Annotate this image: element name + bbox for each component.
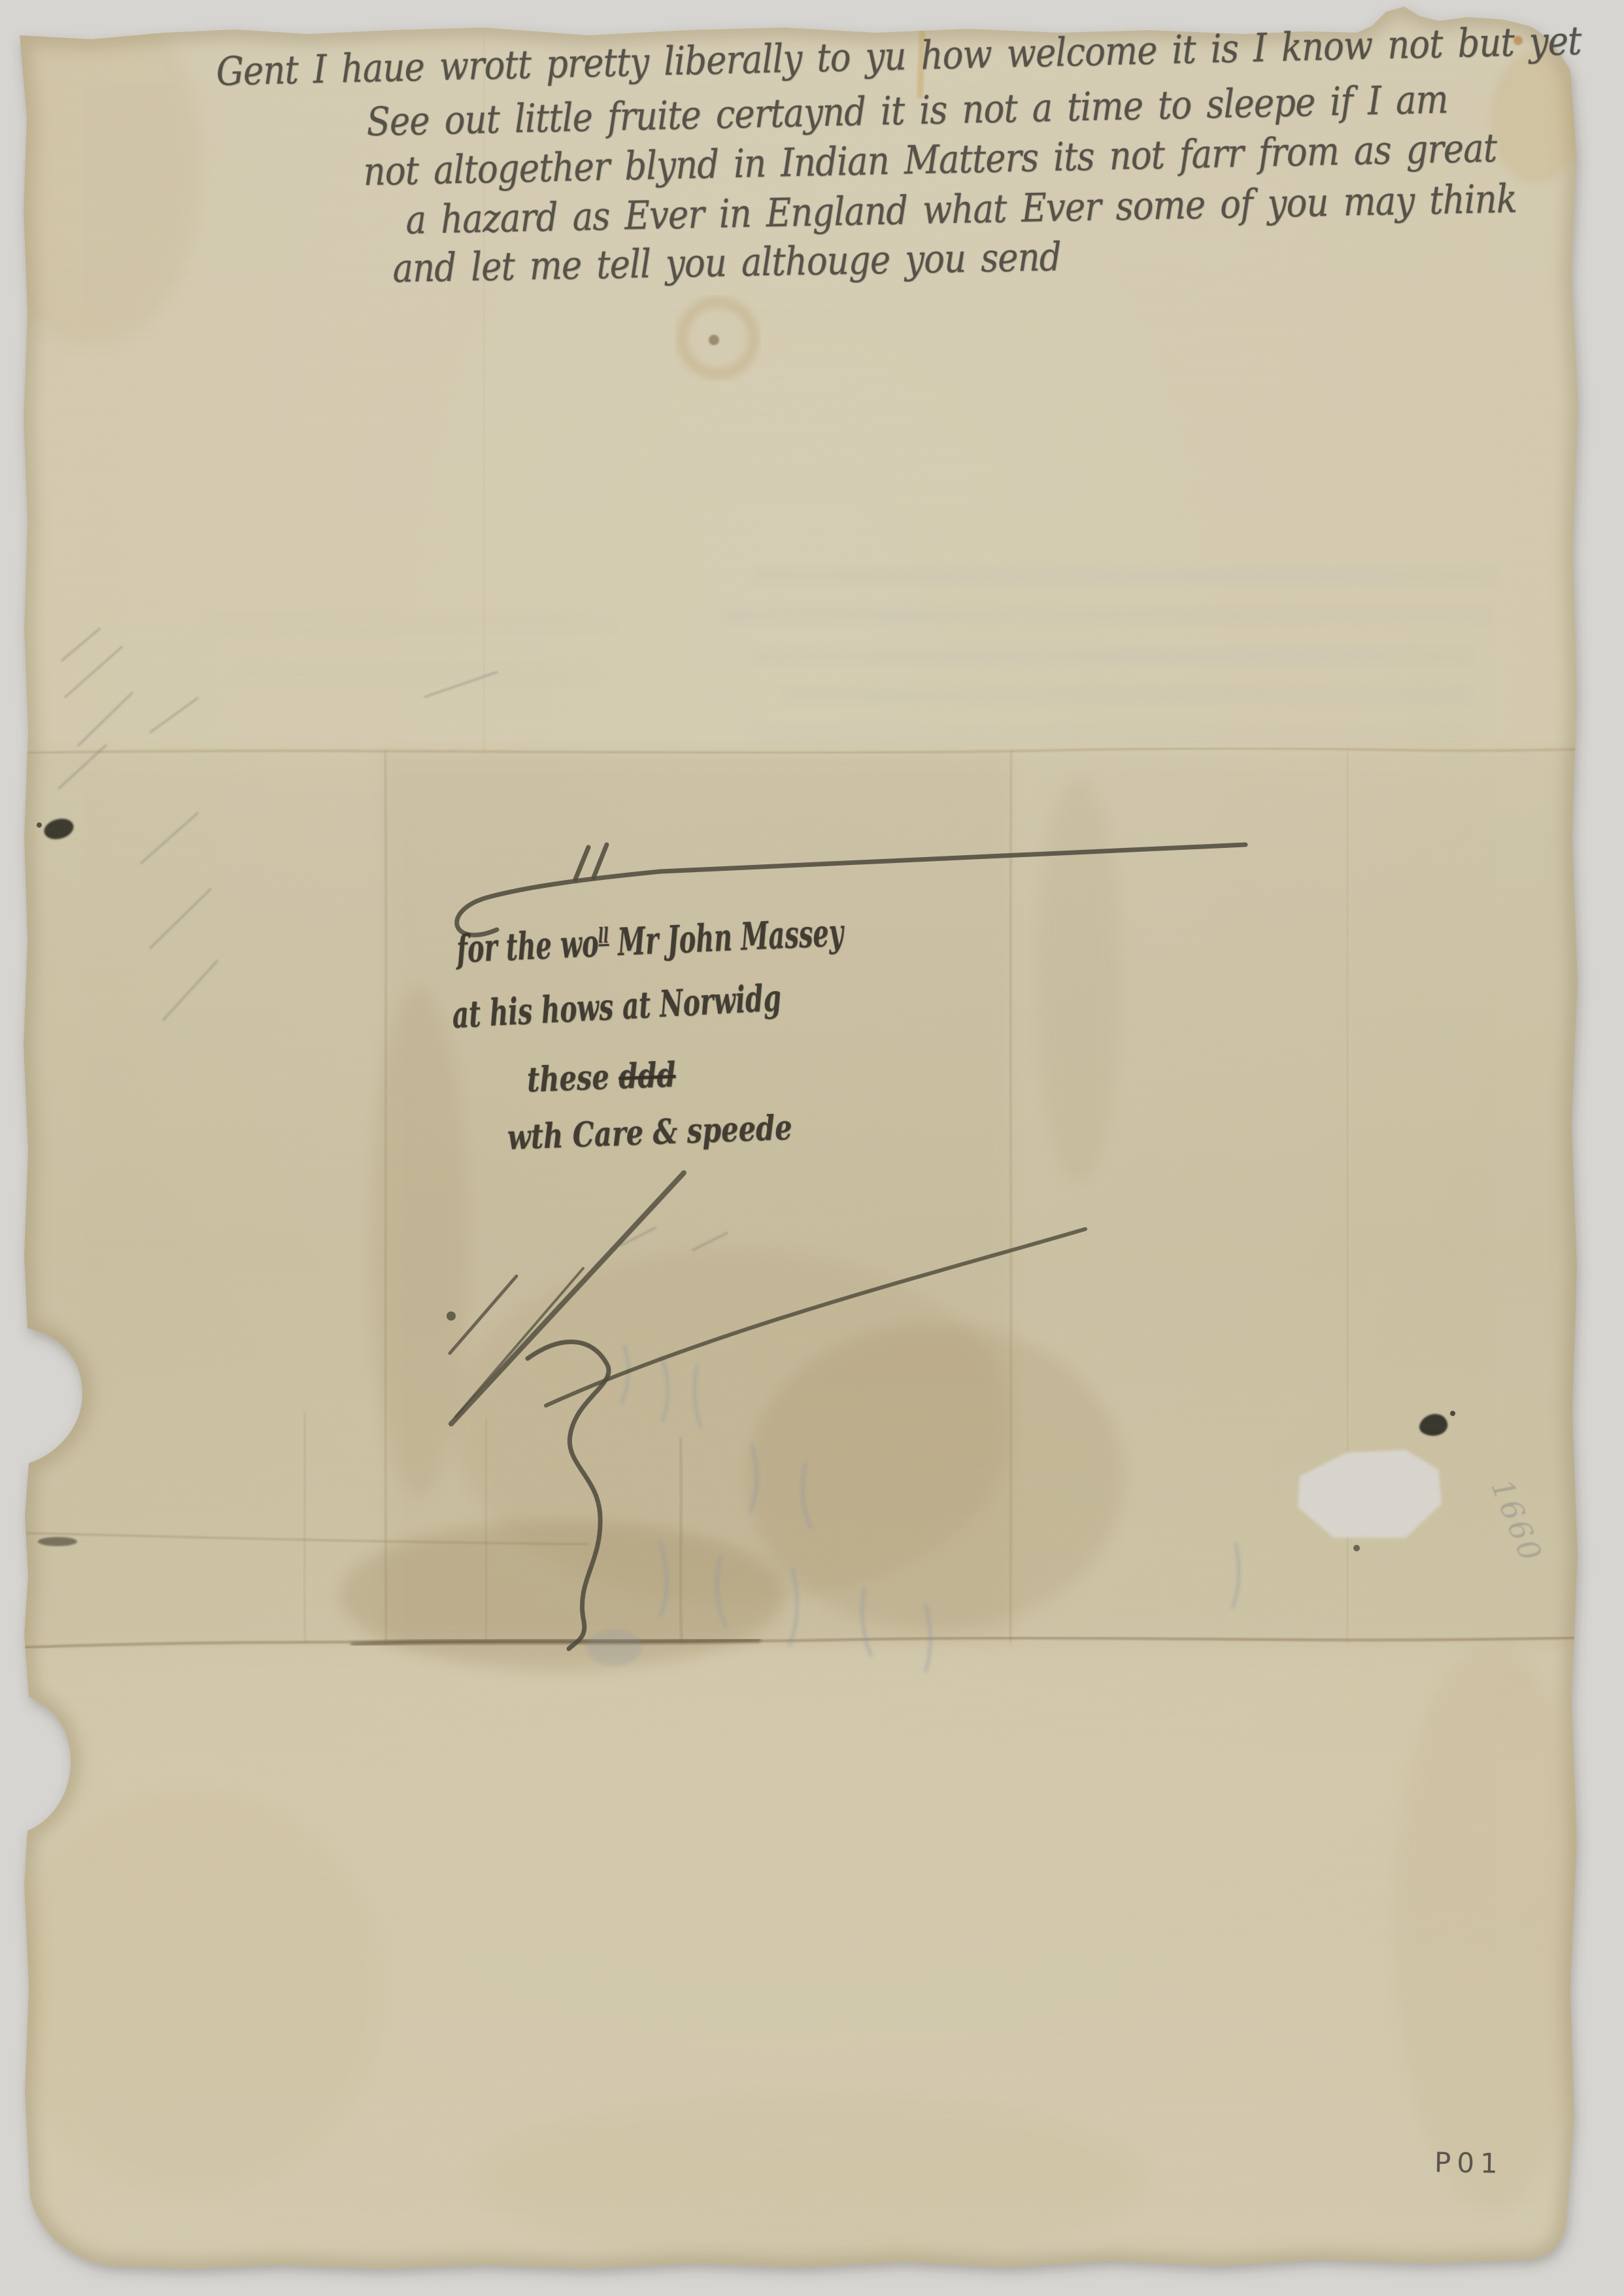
side-scribble <box>1590 1415 1606 1608</box>
paper-artwork <box>0 0 1624 2296</box>
address-these-word: these <box>526 1057 619 1100</box>
address-line-1-pre: for the wo <box>456 921 600 971</box>
strikethrough-text: ddd <box>618 1055 676 1097</box>
address-superscript: ll <box>598 922 609 948</box>
manuscript-scan: Gent I haue wrott pretty liberally to yu… <box>0 0 1624 2296</box>
paper-fibers <box>0 0 1624 2296</box>
address-line-3: these ddd <box>526 1055 677 1100</box>
archive-mark: P01 <box>1434 2146 1504 2179</box>
